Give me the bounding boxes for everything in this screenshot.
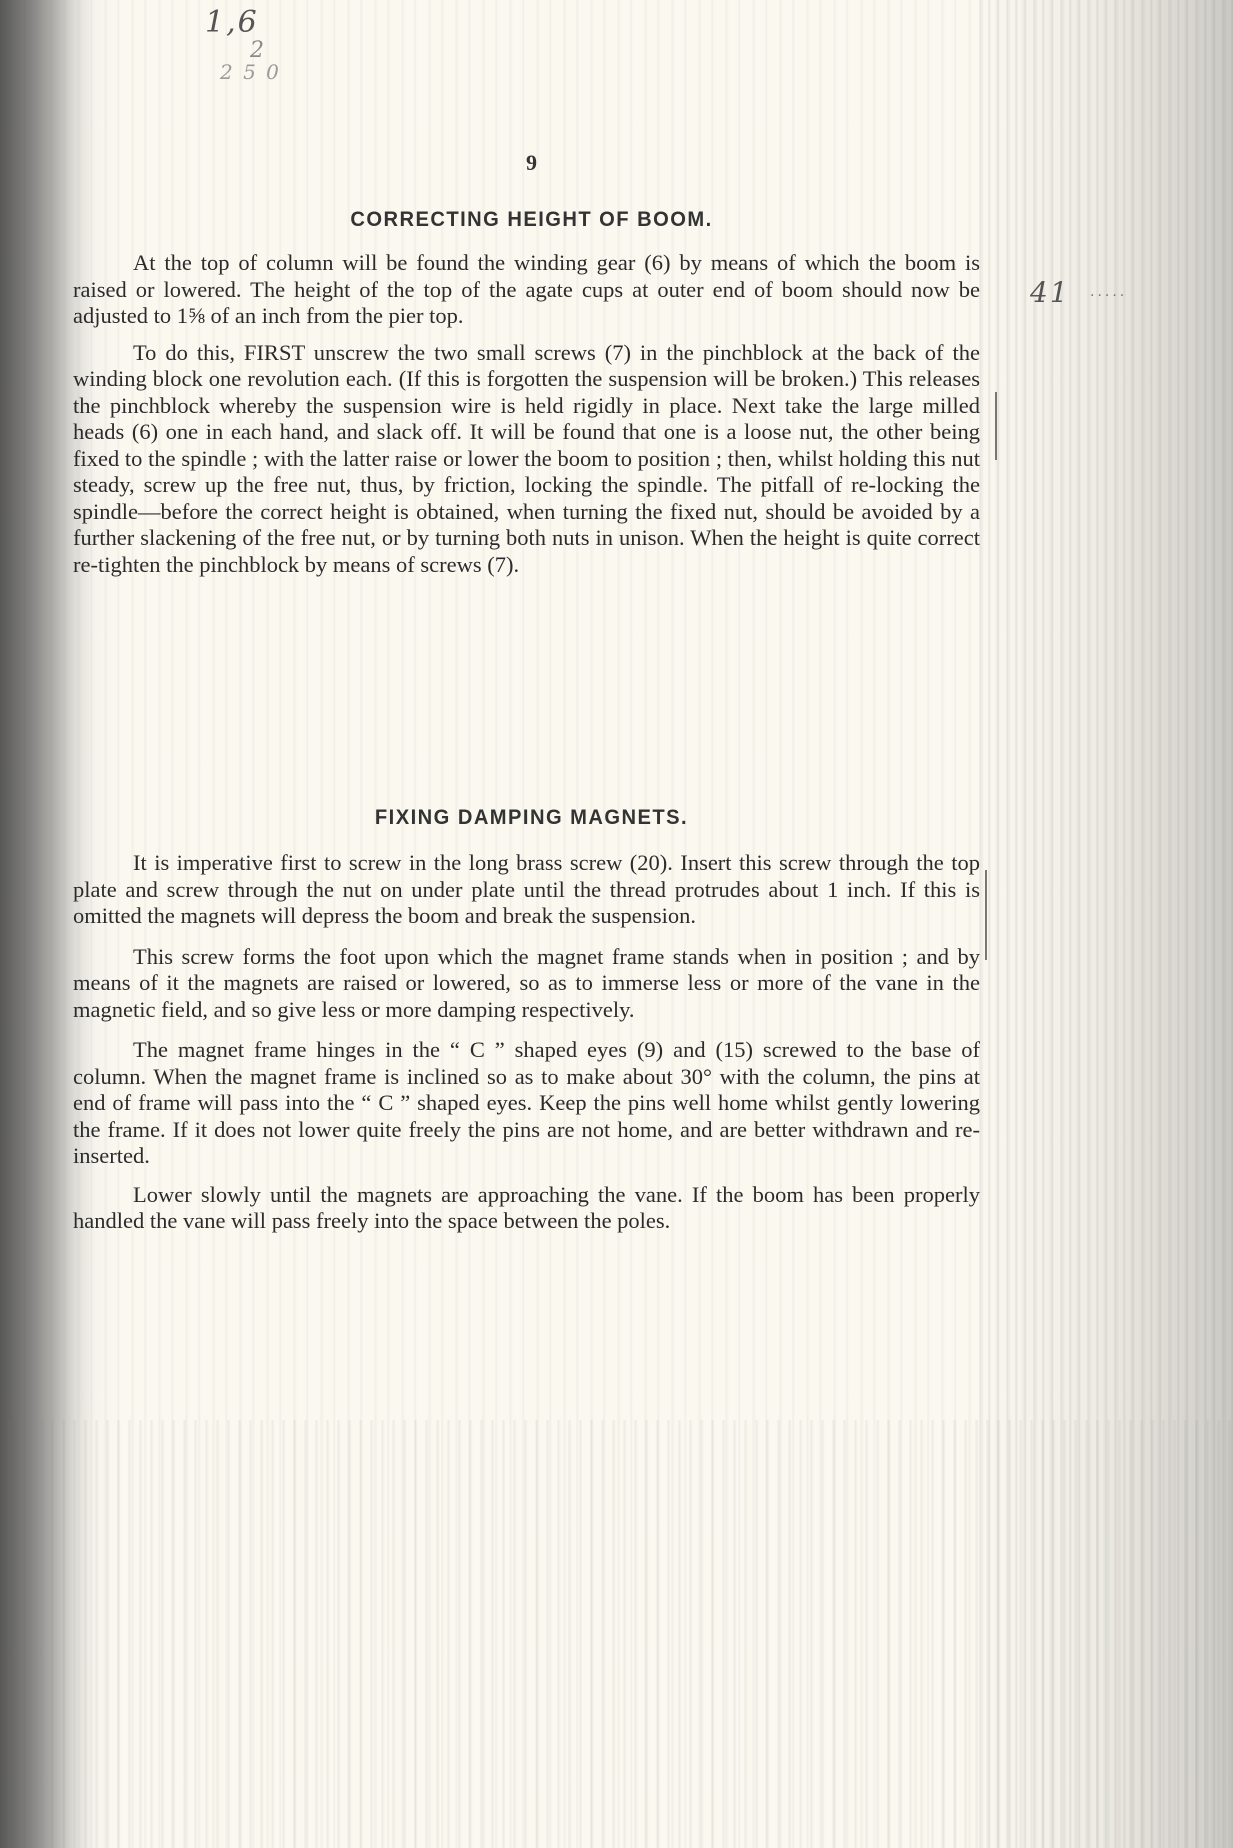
section-heading-fixing-magnets: FIXING DAMPING MAGNETS.	[21, 806, 1041, 830]
paragraph: To do this, FIRST unscrew the two small …	[73, 340, 980, 579]
handwritten-note-top: 1,6	[205, 5, 259, 40]
section-heading-correcting-height: CORRECTING HEIGHT OF BOOM.	[21, 208, 1041, 232]
scan-right-edge-shading	[973, 0, 1233, 1848]
handwritten-margin-dots: .....	[1090, 284, 1127, 300]
margin-bracket-mark	[985, 870, 987, 960]
section-fixing-magnets: It is imperative first to screw in the l…	[73, 850, 980, 1235]
section-correcting-height: At the top of column will be found the w…	[73, 250, 980, 578]
paragraph: The magnet frame hinges in the “ C ” sha…	[73, 1037, 980, 1170]
page-number: 9	[0, 150, 1063, 176]
paragraph: At the top of column will be found the w…	[73, 250, 980, 330]
paragraph: This screw forms the foot upon which the…	[73, 944, 980, 1024]
handwritten-margin-note: 41	[1030, 276, 1070, 309]
scan-bottom-striations	[0, 1420, 1233, 1848]
paragraph: It is imperative first to screw in the l…	[73, 850, 980, 930]
handwritten-note-top-3: 2 5 0	[220, 60, 281, 84]
margin-bracket-mark	[995, 392, 997, 460]
paragraph: Lower slowly until the magnets are appro…	[73, 1182, 980, 1235]
